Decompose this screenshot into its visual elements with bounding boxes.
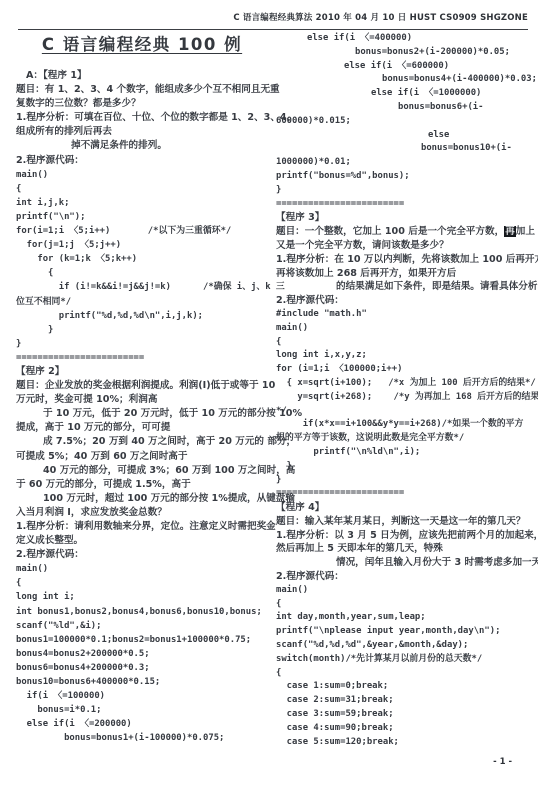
program-heading: 【程序 3】 <box>276 211 538 225</box>
text-line: 再将该数加上 268 后再开方，如果开方后 <box>276 267 538 281</box>
code-line: 根的平方等于该数，这说明此数是完全平方数*/ <box>276 432 538 446</box>
code-line: 600000)*0.015; <box>276 115 538 129</box>
text-line: 题目：企业发放的奖金根据利润提成。利润(I)低于或等于 10 <box>16 379 268 393</box>
code-line: long int i,x,y,z; <box>276 349 538 363</box>
code-line: } <box>276 184 538 198</box>
text-line: 情况，闰年且输入月份大于 3 时需考虑多加一天。 <box>276 556 538 570</box>
code-line: printf("\n"); <box>16 210 268 224</box>
code-line: else if(i 〈=1000000) <box>276 87 538 101</box>
right-column-lines: else if(i 〈=400000)bonus=bonus2+(i-20000… <box>276 32 538 749</box>
program-heading: 【程序 4】 <box>276 501 538 515</box>
text-line: 2.程序源代码： <box>276 570 538 584</box>
code-line: } <box>16 337 268 351</box>
code-line: bonus1=100000*0.1;bonus2=bonus1+100000*0… <box>16 633 268 647</box>
code-line: main() <box>276 584 538 598</box>
code-line: bonus=bonus4+(i-400000)*0.03; <box>276 73 538 87</box>
text-line: 掉不满足条件的排列。 <box>16 139 268 153</box>
code-line: else if(i 〈=600000) <box>276 60 538 74</box>
code-line: case 3:sum=59;break; <box>276 708 538 722</box>
code-line: { <box>16 182 268 196</box>
code-line: printf("\nplease input year,month,day\n"… <box>276 625 538 639</box>
code-line: y=sqrt(i+268); /*y 为再加上 168 后开方后的结果 <box>276 391 538 405</box>
code-line: { <box>16 576 268 590</box>
text-line: 又是一个完全平方数，请问该数是多少？ <box>276 239 538 253</box>
code-line: else <box>276 129 538 143</box>
text-line: 于 10 万元，低于 20 万元时，低于 10 万元的部分按 10% <box>16 407 268 421</box>
separator-line: ======================== <box>16 351 268 365</box>
text-line: 40 万元的部分，可提成 3%；60 万到 100 万之间时，高 <box>16 464 268 478</box>
code-line: case 2:sum=31;break; <box>276 694 538 708</box>
text-line: 题目：输入某年某月某日，判断这一天是这一年的第几天？ <box>276 515 538 529</box>
code-line: case 4:sum=90;break; <box>276 722 538 736</box>
text-line: 成 7.5%；20 万到 40 万之间时，高于 20 万元的 部分， <box>16 435 268 449</box>
code-line: bonus=bonus1+(i-100000)*0.075; <box>16 731 268 745</box>
text-line: 2.程序源代码： <box>16 548 268 562</box>
text-line: 万元时，奖金可提 10%；利润高 <box>16 393 268 407</box>
code-line: for (k=1;k 〈5;k++) <box>16 252 268 266</box>
text-line: 定义成长整型。 <box>16 534 268 548</box>
text-line: 2.程序源代码： <box>16 154 268 168</box>
code-line: bonus=bonus6+(i- <box>276 101 538 115</box>
text-line: 2.程序源代码： <box>276 294 538 308</box>
code-line: bonus6=bonus4+200000*0.3; <box>16 661 268 675</box>
text-line: 1.程序分析：以 3 月 5 日为例，应该先把前两个月的加起来， <box>276 529 538 543</box>
code-line: bonus=bonus10+(i- <box>276 142 538 156</box>
text-line: 提成，高于 10 万元的部分，可可提 <box>16 421 268 435</box>
code-line: int bonus1,bonus2,bonus4,bonus6,bonus10,… <box>16 605 268 619</box>
code-line: if (i!=k&&i!=j&&j!=k) /*确保 i、j、k 三 <box>16 280 268 294</box>
text-segment: 加上 168 <box>516 226 538 237</box>
code-line: { <box>276 598 538 612</box>
code-line: #include "math.h" <box>276 308 538 322</box>
code-line: main() <box>16 168 268 182</box>
code-line: case 1:sum=0;break; <box>276 680 538 694</box>
code-line: for(i=1;i 〈5;i++) /*以下为三重循环*/ <box>16 224 268 238</box>
document-title: C 语言编程经典 100 例 <box>16 34 268 56</box>
text-line: 1.程序分析：在 10 万以内判断，先将该数加上 100 后再开方， <box>276 253 538 267</box>
code-line: int day,month,year,sum,leap; <box>276 611 538 625</box>
text-line: 复数字的三位数？都是多少？ <box>16 97 268 111</box>
text-line: 题目：一个整数，它加上 100 后是一个完全平方数，再加上 168 <box>276 225 538 239</box>
code-line: switch(month)/*先计算某月以前月份的总天数*/ <box>276 653 538 667</box>
code-line: scanf("%d,%d,%d",&year,&month,&day); <box>276 639 538 653</box>
text-line: 的结果满足如下条件，即是结果。请看具体分析： <box>276 280 538 294</box>
code-line: 1000000)*0.01; <box>276 156 538 170</box>
code-line: case 5:sum=120;break; <box>276 736 538 750</box>
code-line: printf("%d,%d,%d\n",i,j,k); <box>16 309 268 323</box>
code-line: if(i 〈=100000) <box>16 689 268 703</box>
text-line: 然后再加上 5 天即本年的第几天，特殊 <box>276 542 538 556</box>
text-line: 1.程序分析：可填在百位、十位、个位的数字都是 1、2、3、4、 <box>16 111 268 125</box>
page-header: C 语言编程经典算法 2010 年 04 月 10 日 HUST CS0909 … <box>0 11 528 23</box>
separator-line: ======================== <box>276 198 538 212</box>
code-line: printf("bonus=%d",bonus); <box>276 170 538 184</box>
left-column-lines: 题目：有 1、2、3、4 个数字，能组成多少个互不相同且无重复数字的三位数？都是… <box>16 83 268 745</box>
code-line: else if(i 〈=200000) <box>16 717 268 731</box>
code-line: printf("\n%ld\n",i); <box>276 446 538 460</box>
code-line: main() <box>276 322 538 336</box>
code-line: bonus10=bonus6+400000*0.15; <box>16 675 268 689</box>
text-line: 可提成 5%；40 万到 60 万之间时高于 <box>16 450 268 464</box>
code-line: } <box>16 323 268 337</box>
left-column: C 语言编程经典 100 例 A：【程序 1】 题目：有 1、2、3、4 个数字… <box>16 34 268 746</box>
code-line: for(j=1;j 〈5;j++) <box>16 238 268 252</box>
page-number: - 1 - <box>493 757 512 767</box>
text-line: 组成所有的排列后再去 <box>16 125 268 139</box>
code-line: { <box>276 667 538 681</box>
text-line: 题目：有 1、2、3、4 个数字，能组成多少个互不相同且无重 <box>16 83 268 97</box>
header-rule <box>18 29 528 30</box>
code-line: long int i; <box>16 590 268 604</box>
code-line: } <box>276 474 538 488</box>
code-line: if(x*x==i+100&&y*y==i+268)/*如果一个数的平方 <box>276 418 538 432</box>
code-line: bonus4=bonus2+200000*0.5; <box>16 647 268 661</box>
text-segment: 题目：一个整数，它加上 100 后是一个完全平方数， <box>276 226 504 237</box>
code-line: { x=sqrt(i+100); /*x 为加上 100 后开方后的结果*/ <box>276 377 538 391</box>
separator-line: ======================== <box>276 487 538 501</box>
text-line: 入当月利润 I，求应发放奖金总数？ <box>16 506 268 520</box>
code-line: main() <box>16 562 268 576</box>
code-line: scanf("%ld",&i); <box>16 619 268 633</box>
code-line: int i,j,k; <box>16 196 268 210</box>
text-line: 100 万元时，超过 100 万元的部分按 1%提成，从键盘输 <box>16 492 268 506</box>
code-line: else if(i 〈=400000) <box>276 32 538 46</box>
program-heading: 【程序 2】 <box>16 365 268 379</box>
text-line: 于 60 万元的部分，可提成 1.5%，高于 <box>16 478 268 492</box>
right-column: else if(i 〈=400000)bonus=bonus2+(i-20000… <box>276 32 538 749</box>
text-line: 1.程序分析：请利用数轴来分界，定位。注意定义时需把奖金 <box>16 520 268 534</box>
code-line: bonus=i*0.1; <box>16 703 268 717</box>
document-page: C 语言编程经典算法 2010 年 04 月 10 日 HUST CS0909 … <box>0 0 538 790</box>
code-line: { <box>16 266 268 280</box>
code-line: */ <box>276 405 538 419</box>
code-line: } <box>276 460 538 474</box>
highlighted-character: 再 <box>504 226 516 237</box>
code-line: for (i=1;i 〈100000;i++) <box>276 363 538 377</box>
code-line: { <box>276 336 538 350</box>
code-line: 位互不相同*/ <box>16 295 268 309</box>
code-line: bonus=bonus2+(i-200000)*0.05; <box>276 46 538 60</box>
section-label: A：【程序 1】 <box>16 69 268 83</box>
